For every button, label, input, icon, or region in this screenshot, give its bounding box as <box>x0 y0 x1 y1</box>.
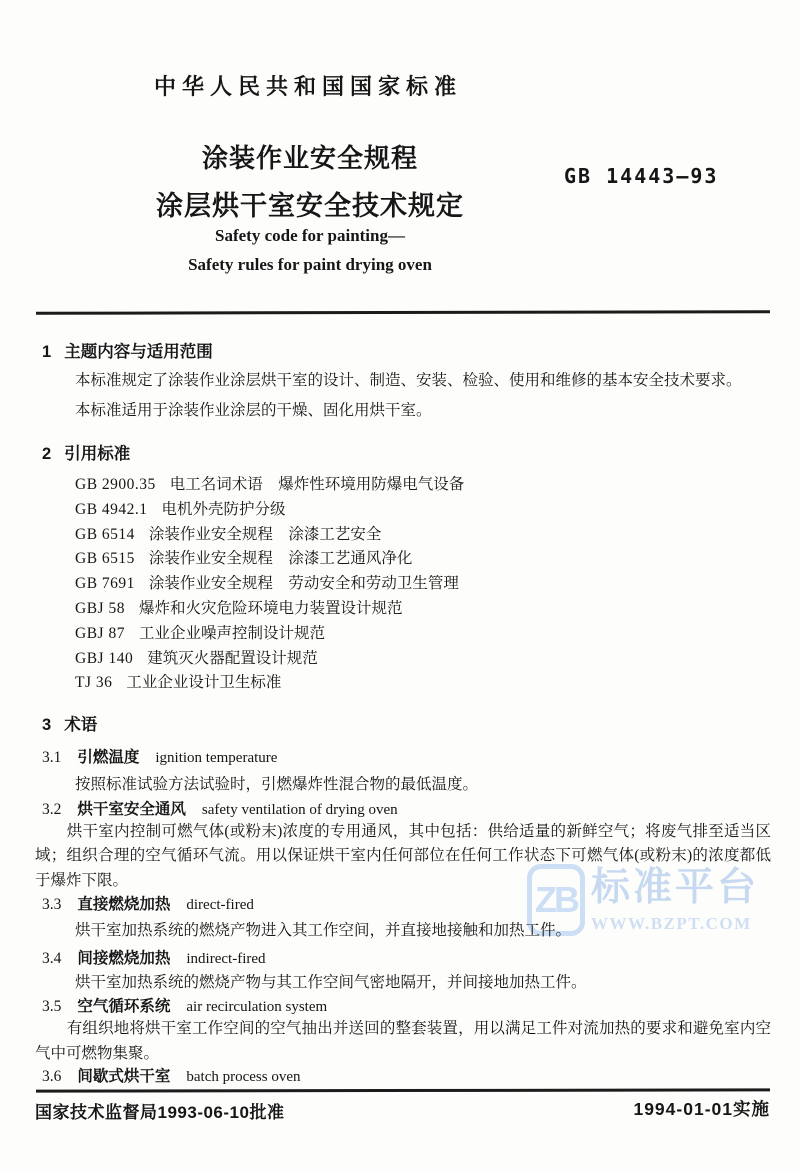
english-subtitle-line2: Safety rules for paint drying oven <box>128 255 492 275</box>
reference-code: GBJ 58 <box>75 597 125 622</box>
reference-code: TJ 36 <box>75 671 112 696</box>
term-zh: 引燃温度 <box>77 749 139 766</box>
section2-number: 2 <box>42 445 51 464</box>
english-subtitle: Safety code for painting— Safety rules f… <box>128 226 492 275</box>
term-3-6: 3.6间歇式烘干室batch process oven <box>42 1064 301 1086</box>
reference-item: GBJ 58爆炸和火灾危险环境电力装置设计规范 <box>75 597 464 622</box>
term-3-1-definition: 按照标准试验方法试验时，引燃爆炸性混合物的最低温度。 <box>75 772 478 794</box>
reference-list: GB 2900.35电工名词术语 爆炸性环境用防爆电气设备 GB 4942.1电… <box>75 473 464 696</box>
english-subtitle-line1: Safety code for painting— <box>128 226 492 246</box>
reference-code: GB 6515 <box>75 547 135 572</box>
reference-title: 涂装作业安全规程 劳动安全和劳动卫生管理 <box>149 575 459 592</box>
standard-number: GB 14443—93 <box>564 164 718 188</box>
term-zh: 直接燃烧加热 <box>77 896 170 913</box>
term-en: safety ventilation of drying oven <box>202 802 398 818</box>
term-zh: 烘干室安全通风 <box>77 801 186 818</box>
section3-title: 术语 <box>64 716 97 734</box>
term-en: air recirculation system <box>186 999 327 1015</box>
term-3-1: 3.1引燃温度ignition temperature <box>42 745 277 767</box>
implementation-date: 1994-01-01实施 <box>633 1096 770 1121</box>
section1-paragraph2: 本标准适用于涂装作业涂层的干燥、固化用烘干室。 <box>75 398 432 420</box>
reference-item: GB 2900.35电工名词术语 爆炸性环境用防爆电气设备 <box>75 473 464 498</box>
reference-code: GBJ 140 <box>75 647 133 672</box>
term-zh: 空气循环系统 <box>77 998 170 1015</box>
section3-heading: 3术语 <box>42 711 97 735</box>
term-3-2-definition: 烘干室内控制可燃气体(或粉末)浓度的专用通风，其中包括：供给适量的新鲜空气；将废… <box>35 820 771 893</box>
term-3-3: 3.3直接燃烧加热direct-fired <box>42 892 254 914</box>
term-en: direct-fired <box>186 897 253 913</box>
approval-note: 国家技术监督局1993-06-10批准 <box>35 1098 284 1123</box>
term-number: 3.2 <box>42 801 61 819</box>
reference-code: GB 2900.35 <box>75 473 156 498</box>
reference-title: 建筑灭火器配置设计规范 <box>147 650 318 667</box>
reference-item: GB 4942.1电机外壳防护分级 <box>75 498 464 523</box>
reference-code: GBJ 87 <box>75 622 125 647</box>
reference-item: GB 6514涂装作业安全规程 涂漆工艺安全 <box>75 523 464 548</box>
reference-title: 工业企业噪声控制设计规范 <box>139 625 325 642</box>
term-en: batch process oven <box>186 1069 300 1085</box>
reference-title: 涂装作业安全规程 涂漆工艺安全 <box>149 526 382 543</box>
document-page: ZB 标准平台 WWW.BZPT.COM 中华人民共和国国家标准 涂装作业安全规… <box>0 0 800 1171</box>
reference-item: GBJ 87工业企业噪声控制设计规范 <box>75 622 464 647</box>
reference-code: GB 4942.1 <box>75 498 148 523</box>
reference-title: 工业企业设计卫生标准 <box>126 674 281 691</box>
header-divider <box>36 310 770 314</box>
footer-divider <box>36 1088 770 1092</box>
reference-item: GBJ 140建筑灭火器配置设计规范 <box>75 647 464 672</box>
term-3-4-definition: 烘干室加热系统的燃烧产物与其工作空间气密地隔开，并间接地加热工件。 <box>75 970 587 992</box>
term-number: 3.4 <box>42 950 61 968</box>
section3-number: 3 <box>42 716 51 735</box>
term-3-3-definition: 烘干室加热系统的燃烧产物进入其工作空间，并直接地接触和加热工件。 <box>75 918 571 940</box>
reference-title: 电工名词术语 爆炸性环境用防爆电气设备 <box>170 476 465 493</box>
reference-item: GB 6515涂装作业安全规程 涂漆工艺通风净化 <box>75 547 464 572</box>
section1-number: 1 <box>42 343 51 362</box>
term-number: 3.1 <box>42 749 61 767</box>
term-zh: 间歇式烘干室 <box>77 1068 170 1085</box>
national-standard-label: 中华人民共和国国家标准 <box>154 70 462 101</box>
term-number: 3.6 <box>42 1068 61 1086</box>
section2-title: 引用标准 <box>64 445 130 463</box>
document-title-line2: 涂层烘干室安全技术规定 <box>128 184 492 223</box>
term-zh: 间接燃烧加热 <box>77 950 170 967</box>
term-number: 3.5 <box>42 998 61 1016</box>
reference-title: 涂装作业安全规程 涂漆工艺通风净化 <box>149 550 413 567</box>
reference-title: 电机外壳防护分级 <box>162 501 286 518</box>
section1-paragraph1: 本标准规定了涂装作业涂层烘干室的设计、制造、安装、检验、使用和维修的基本安全技术… <box>75 368 742 390</box>
document-title-line1: 涂装作业安全规程 <box>128 138 492 175</box>
section1-title: 主题内容与适用范围 <box>64 343 213 361</box>
watermark-url: WWW.BZPT.COM <box>591 914 759 934</box>
term-3-5: 3.5空气循环系统air recirculation system <box>42 994 327 1016</box>
term-3-2: 3.2烘干室安全通风safety ventilation of drying o… <box>42 797 398 819</box>
reference-code: GB 7691 <box>75 572 135 597</box>
term-3-5-definition: 有组织地将烘干室工作空间的空气抽出并送回的整套装置，用以满足工件对流加热的要求和… <box>35 1016 771 1066</box>
term-en: ignition temperature <box>155 750 277 766</box>
reference-title: 爆炸和火灾危险环境电力装置设计规范 <box>139 600 403 617</box>
section2-heading: 2引用标准 <box>42 440 130 464</box>
section1-heading: 1主题内容与适用范围 <box>42 338 213 362</box>
term-en: indirect-fired <box>186 951 265 967</box>
term-number: 3.3 <box>42 896 61 914</box>
term-3-4: 3.4间接燃烧加热indirect-fired <box>42 946 266 968</box>
reference-item: GB 7691涂装作业安全规程 劳动安全和劳动卫生管理 <box>75 572 464 597</box>
title-block: 涂装作业安全规程 涂层烘干室安全技术规定 <box>128 138 492 223</box>
reference-code: GB 6514 <box>75 523 135 548</box>
reference-item: TJ 36工业企业设计卫生标准 <box>75 671 464 696</box>
